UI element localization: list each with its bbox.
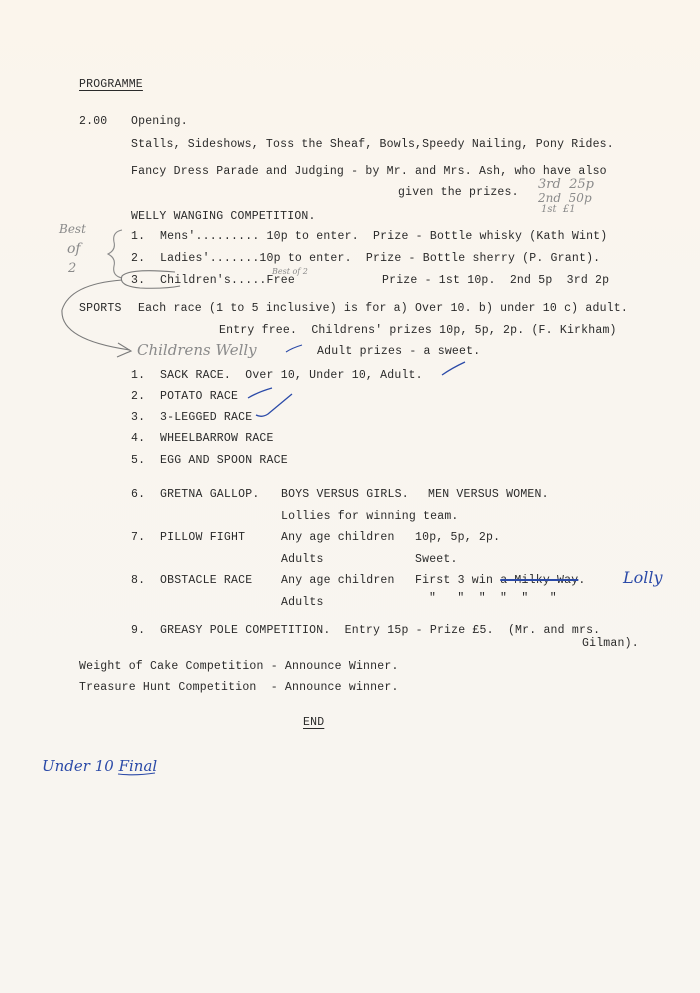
hw-under-10-final: Under 10 Final (42, 757, 157, 775)
event-num: 8. (131, 574, 145, 588)
event-pillow-row2-who: Adults (281, 553, 324, 567)
event-pillow-name: PILLOW FIGHT (160, 531, 245, 545)
event-pillow-row2-prize: Sweet. (415, 553, 458, 567)
race-num: 1. (131, 369, 145, 383)
race-num: 5. (131, 454, 145, 468)
race-num: 2. (131, 390, 145, 404)
tick-mark (256, 394, 292, 416)
event-num: 7. (131, 531, 145, 545)
welly-title: WELLY WANGING COMPETITION. (131, 210, 316, 224)
opening-activities: Stalls, Sideshows, Toss the Sheaf, Bowls… (131, 138, 614, 152)
event-obstacle-row2-who: Adults (281, 596, 324, 610)
race-sack: SACK RACE. Over 10, Under 10, Adult. (160, 369, 423, 383)
race-num: 4. (131, 432, 145, 446)
sports-label: SPORTS (79, 302, 122, 316)
event-pillow-row1-who: Any age children (281, 531, 395, 545)
welly-item-mens: Mens'......... 10p to enter. Prize - Bot… (160, 230, 607, 244)
fancy-dress-line2: given the prizes. (398, 186, 519, 200)
event-gretna-line2: Lollies for winning team. (281, 510, 459, 524)
event-pillow-row1-prize: 10p, 5p, 2p. (415, 531, 500, 545)
hw-childrens-welly: Childrens Welly (137, 341, 257, 359)
welly-item-ladies: Ladies'.......10p to enter. Prize - Bott… (160, 252, 600, 266)
sports-line2: Entry free. Childrens' prizes 10p, 5p, 2… (219, 324, 617, 338)
prize-kept: First 3 win (415, 574, 500, 587)
prize-struck: a Milky Way (500, 574, 578, 587)
opening-title: Opening. (131, 115, 188, 129)
welly-item-children: Children's.....Free (160, 274, 295, 288)
hw-prizes-3rd: 3rd 25p (538, 178, 594, 191)
race-wheelbarrow: WHEELBARROW RACE (160, 432, 274, 446)
welly-item-children-prize: Prize - 1st 10p. 2nd 5p 3rd 2p (382, 274, 609, 288)
race-egg-spoon: EGG AND SPOON RACE (160, 454, 288, 468)
sports-line1: Each race (1 to 5 inclusive) is for a) O… (138, 302, 628, 316)
hw-prizes-1st: 1st £1 (541, 205, 576, 215)
event-obstacle-row1-who: Any age children (281, 574, 395, 588)
hw-best-margin-1: Best (59, 222, 86, 236)
event-gretna-col3: MEN VERSUS WOMEN. (428, 488, 549, 502)
hw-best-inline: Best of 2 (272, 267, 308, 276)
tick-mark (248, 388, 272, 398)
end-marker: END (303, 716, 324, 730)
greasy-pole-line2: Gilman). (582, 637, 639, 651)
event-obstacle-row2-prize: " " " " " " (429, 592, 557, 606)
race-num: 3. (131, 411, 145, 425)
hw-best-margin-2: of (67, 241, 81, 257)
arrowhead-mark (117, 343, 131, 357)
race-3-legged: 3-LEGGED RACE (160, 411, 252, 425)
prize-end: . (578, 574, 585, 587)
hw-best-margin-3: 2 (68, 261, 76, 276)
closing-treasure: Treasure Hunt Competition - Announce win… (79, 681, 399, 695)
event-num: 6. (131, 488, 145, 502)
event-obstacle-row1-prize: First 3 win a Milky Way. (415, 574, 585, 588)
closing-cake: Weight of Cake Competition - Announce Wi… (79, 660, 399, 674)
event-gretna-col2: BOYS VERSUS GIRLS. (281, 488, 409, 502)
sports-line3: Adult prizes - a sweet. (317, 345, 480, 359)
event-gretna-name: GRETNA GALLOP. (160, 488, 259, 502)
opening-time: 2.00 (79, 115, 107, 129)
hw-prizes-2nd: 2nd 50p (538, 192, 592, 204)
hw-lolly: Lolly (623, 568, 663, 587)
tick-mark (286, 345, 302, 352)
welly-item-num: 1. (131, 230, 145, 244)
race-potato: POTATO RACE (160, 390, 238, 404)
tick-mark (442, 362, 465, 375)
greasy-pole-line1: GREASY POLE COMPETITION. Entry 15p - Pri… (160, 624, 600, 638)
fancy-dress-line1: Fancy Dress Parade and Judging - by Mr. … (131, 165, 607, 179)
event-obstacle-name: OBSTACLE RACE (160, 574, 252, 588)
welly-item-num: 2. (131, 252, 145, 266)
document-page: PROGRAMME 2.00 Opening. Stalls, Sideshow… (0, 0, 700, 993)
welly-item-num: 3. (131, 274, 145, 288)
brace-mark (108, 230, 122, 278)
programme-heading: PROGRAMME (79, 78, 143, 92)
event-num: 9. (131, 624, 145, 638)
